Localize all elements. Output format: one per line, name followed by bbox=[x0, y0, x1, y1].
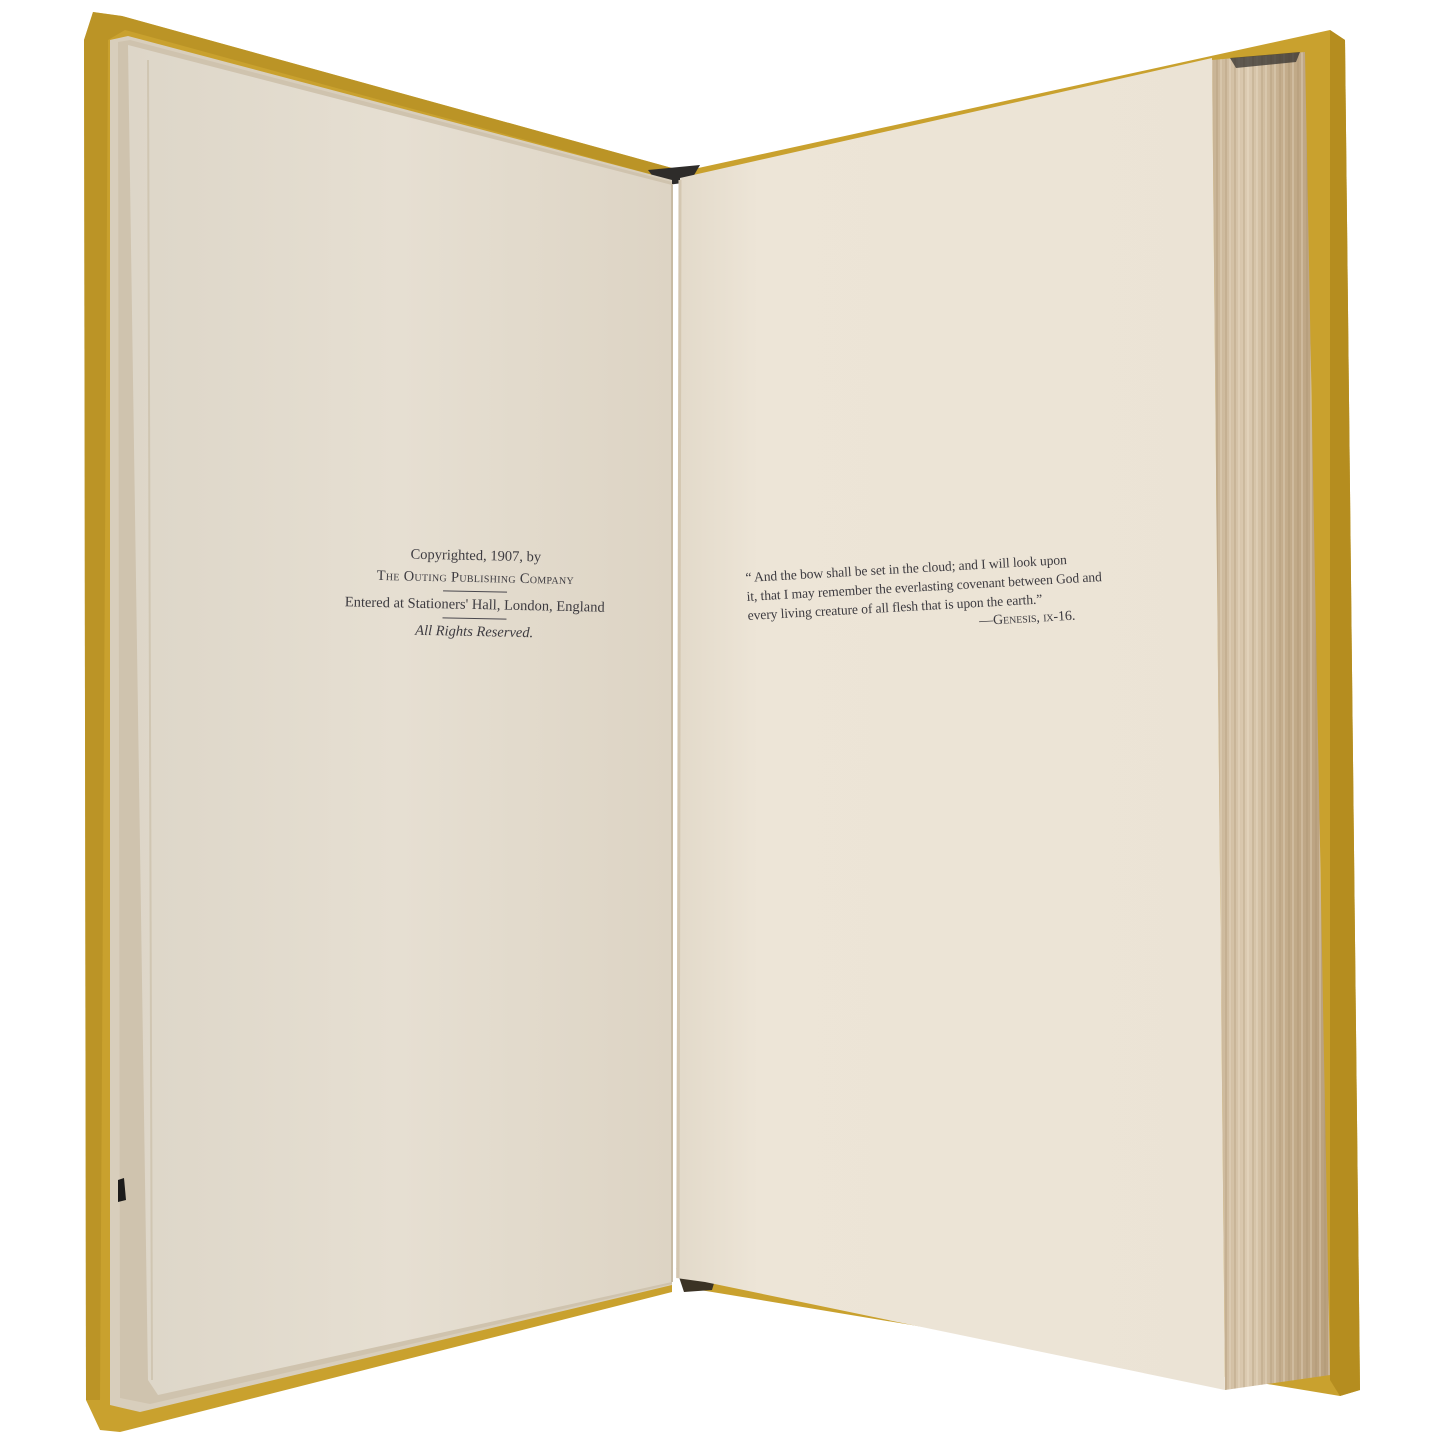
divider-rule bbox=[443, 590, 507, 592]
publisher-name: The Outing Publishing Company bbox=[340, 564, 610, 592]
registration-line: Entered at Stationers' Hall, London, Eng… bbox=[340, 591, 610, 619]
copyright-notice: Copyrighted, 1907, by The Outing Publish… bbox=[339, 542, 611, 646]
open-book-illustration bbox=[0, 0, 1445, 1445]
left-page bbox=[128, 45, 672, 1395]
right-page bbox=[676, 58, 1225, 1390]
divider-rule bbox=[442, 617, 506, 619]
